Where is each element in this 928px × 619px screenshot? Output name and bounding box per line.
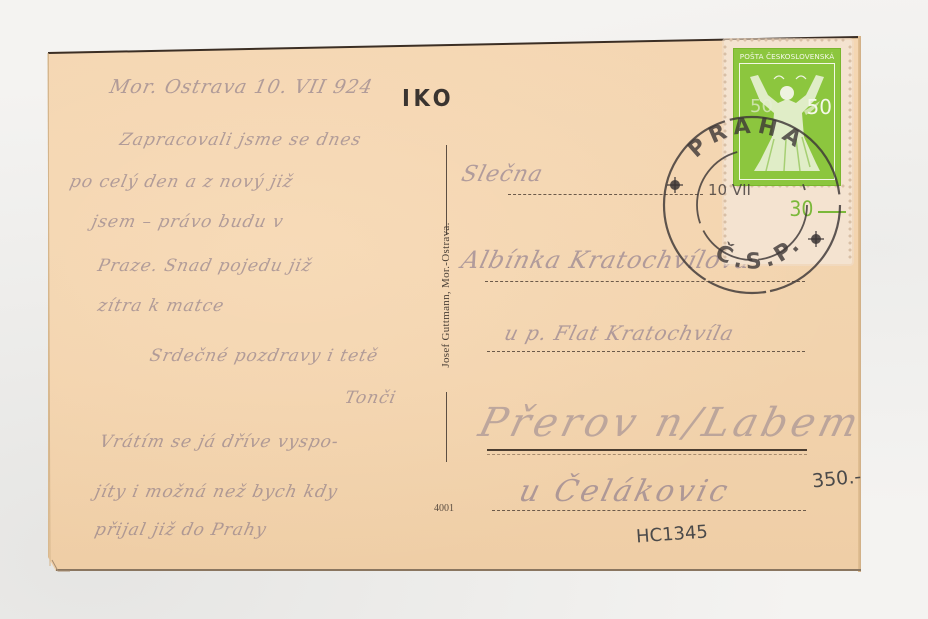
address-line-4 [487, 449, 807, 455]
stamp-perforation-right [848, 44, 852, 262]
message-line: přijal již do Prahy [93, 520, 269, 540]
message-line: Zapracovali jsme se dnes [118, 130, 364, 150]
address-salutation: Slečna [459, 162, 546, 187]
message-line: po celý den a z nový již [68, 172, 295, 192]
address-care-of: u p. Flat Kratochvíla [502, 321, 737, 345]
message-line: Vrátím se já dříve vyspo- [98, 432, 341, 452]
address-line-3 [487, 351, 805, 352]
address-line-5 [492, 510, 806, 511]
brand-logo: IKO [402, 86, 454, 112]
address-district: u Čelákovic [516, 474, 734, 509]
message-signature: Tonči [343, 388, 398, 408]
message-line: jíty i možná než bych kdy [93, 482, 340, 502]
divider-bottom [446, 392, 447, 462]
stamp-perforation-top [728, 38, 848, 42]
card-edge-bottom [56, 569, 861, 571]
address-town: Přerov n/Labem [474, 400, 867, 446]
stamp-denomination: 50 [807, 95, 832, 119]
sheet-tab-value: 30 [789, 197, 813, 221]
message-line: zítra k matce [96, 296, 227, 316]
message-line: Srdečné pozdravy i tetě [148, 346, 380, 366]
message-line: jsem – právo budu v [90, 212, 286, 232]
address-line-2 [485, 281, 805, 282]
stamp-perforation-left [723, 44, 727, 262]
card-edge-right [858, 36, 861, 572]
serial-number: 4001 [434, 503, 454, 514]
postage-stamp: POŠTA ČESKOSLOVENSKÁ 50 50 [733, 48, 841, 186]
stamp-country: POŠTA ČESKOSLOVENSKÁ [734, 52, 840, 61]
liberated-republic-figure-icon [744, 67, 830, 177]
address-recipient: Albínka Kratochvílová [459, 246, 755, 274]
stamp-denomination-faded: 50 [750, 96, 773, 117]
address-line-1 [508, 194, 703, 195]
message-line: Praze. Snad pojedu již [96, 256, 314, 276]
sheet-tab-dash [818, 211, 846, 213]
message-dateline: Mor. Ostrava 10. VII 924 [108, 76, 375, 98]
